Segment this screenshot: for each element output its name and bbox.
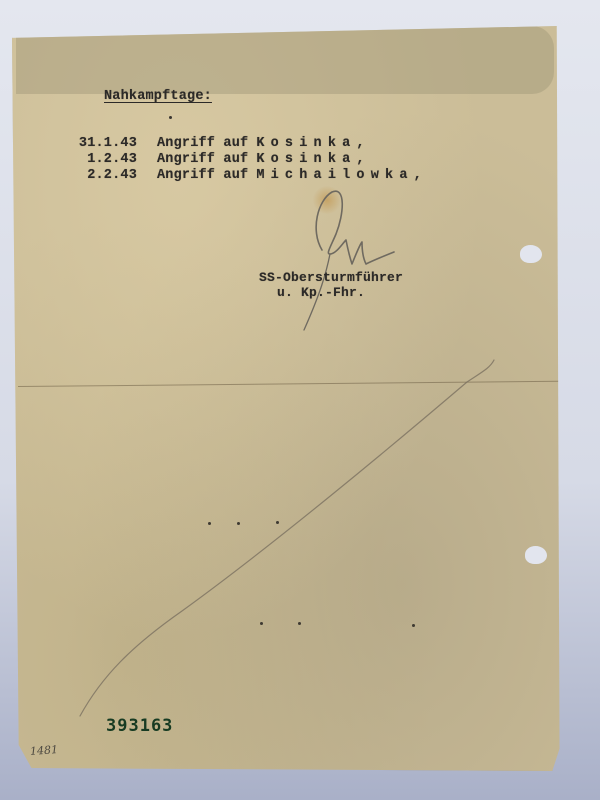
fold-crease [18, 381, 564, 387]
entry-date: 1.2.43 [59, 152, 137, 168]
list-item: 1.2.43 Angriff auf Kosinka, [59, 152, 428, 168]
archive-stamp-number: 393163 [106, 716, 173, 736]
signatory-rank: SS-Obersturmführer [259, 270, 403, 285]
entry-action: Angriff auf [157, 152, 248, 168]
tape-stain [16, 26, 554, 94]
punch-hole-lower [525, 546, 547, 564]
entry-place: Kosinka, [256, 152, 370, 168]
entry-action: Angriff auf [157, 168, 248, 184]
entry-action: Angriff auf [157, 136, 248, 152]
signatory-unit: u. Kp.-Fhr. [277, 285, 365, 300]
entry-date: 2.2.43 [59, 168, 137, 184]
entry-place: Kosinka, [256, 136, 370, 152]
document-sheet: Nahkampftage: 31.1.43 Angriff auf Kosink… [12, 26, 569, 771]
punch-hole-upper [520, 245, 542, 263]
ink-dot [169, 116, 172, 119]
pencil-annotation: 1481 [30, 743, 59, 758]
list-item: 31.1.43 Angriff auf Kosinka, [59, 136, 428, 152]
list-item: 2.2.43 Angriff auf Michailowka, [59, 168, 428, 184]
handwritten-signature [290, 184, 420, 334]
entry-date: 31.1.43 [59, 136, 137, 152]
combat-days-list: 31.1.43 Angriff auf Kosinka, 1.2.43 Angr… [59, 136, 428, 184]
document-heading: Nahkampftage: [104, 89, 212, 104]
entry-place: Michailowka, [256, 168, 428, 184]
